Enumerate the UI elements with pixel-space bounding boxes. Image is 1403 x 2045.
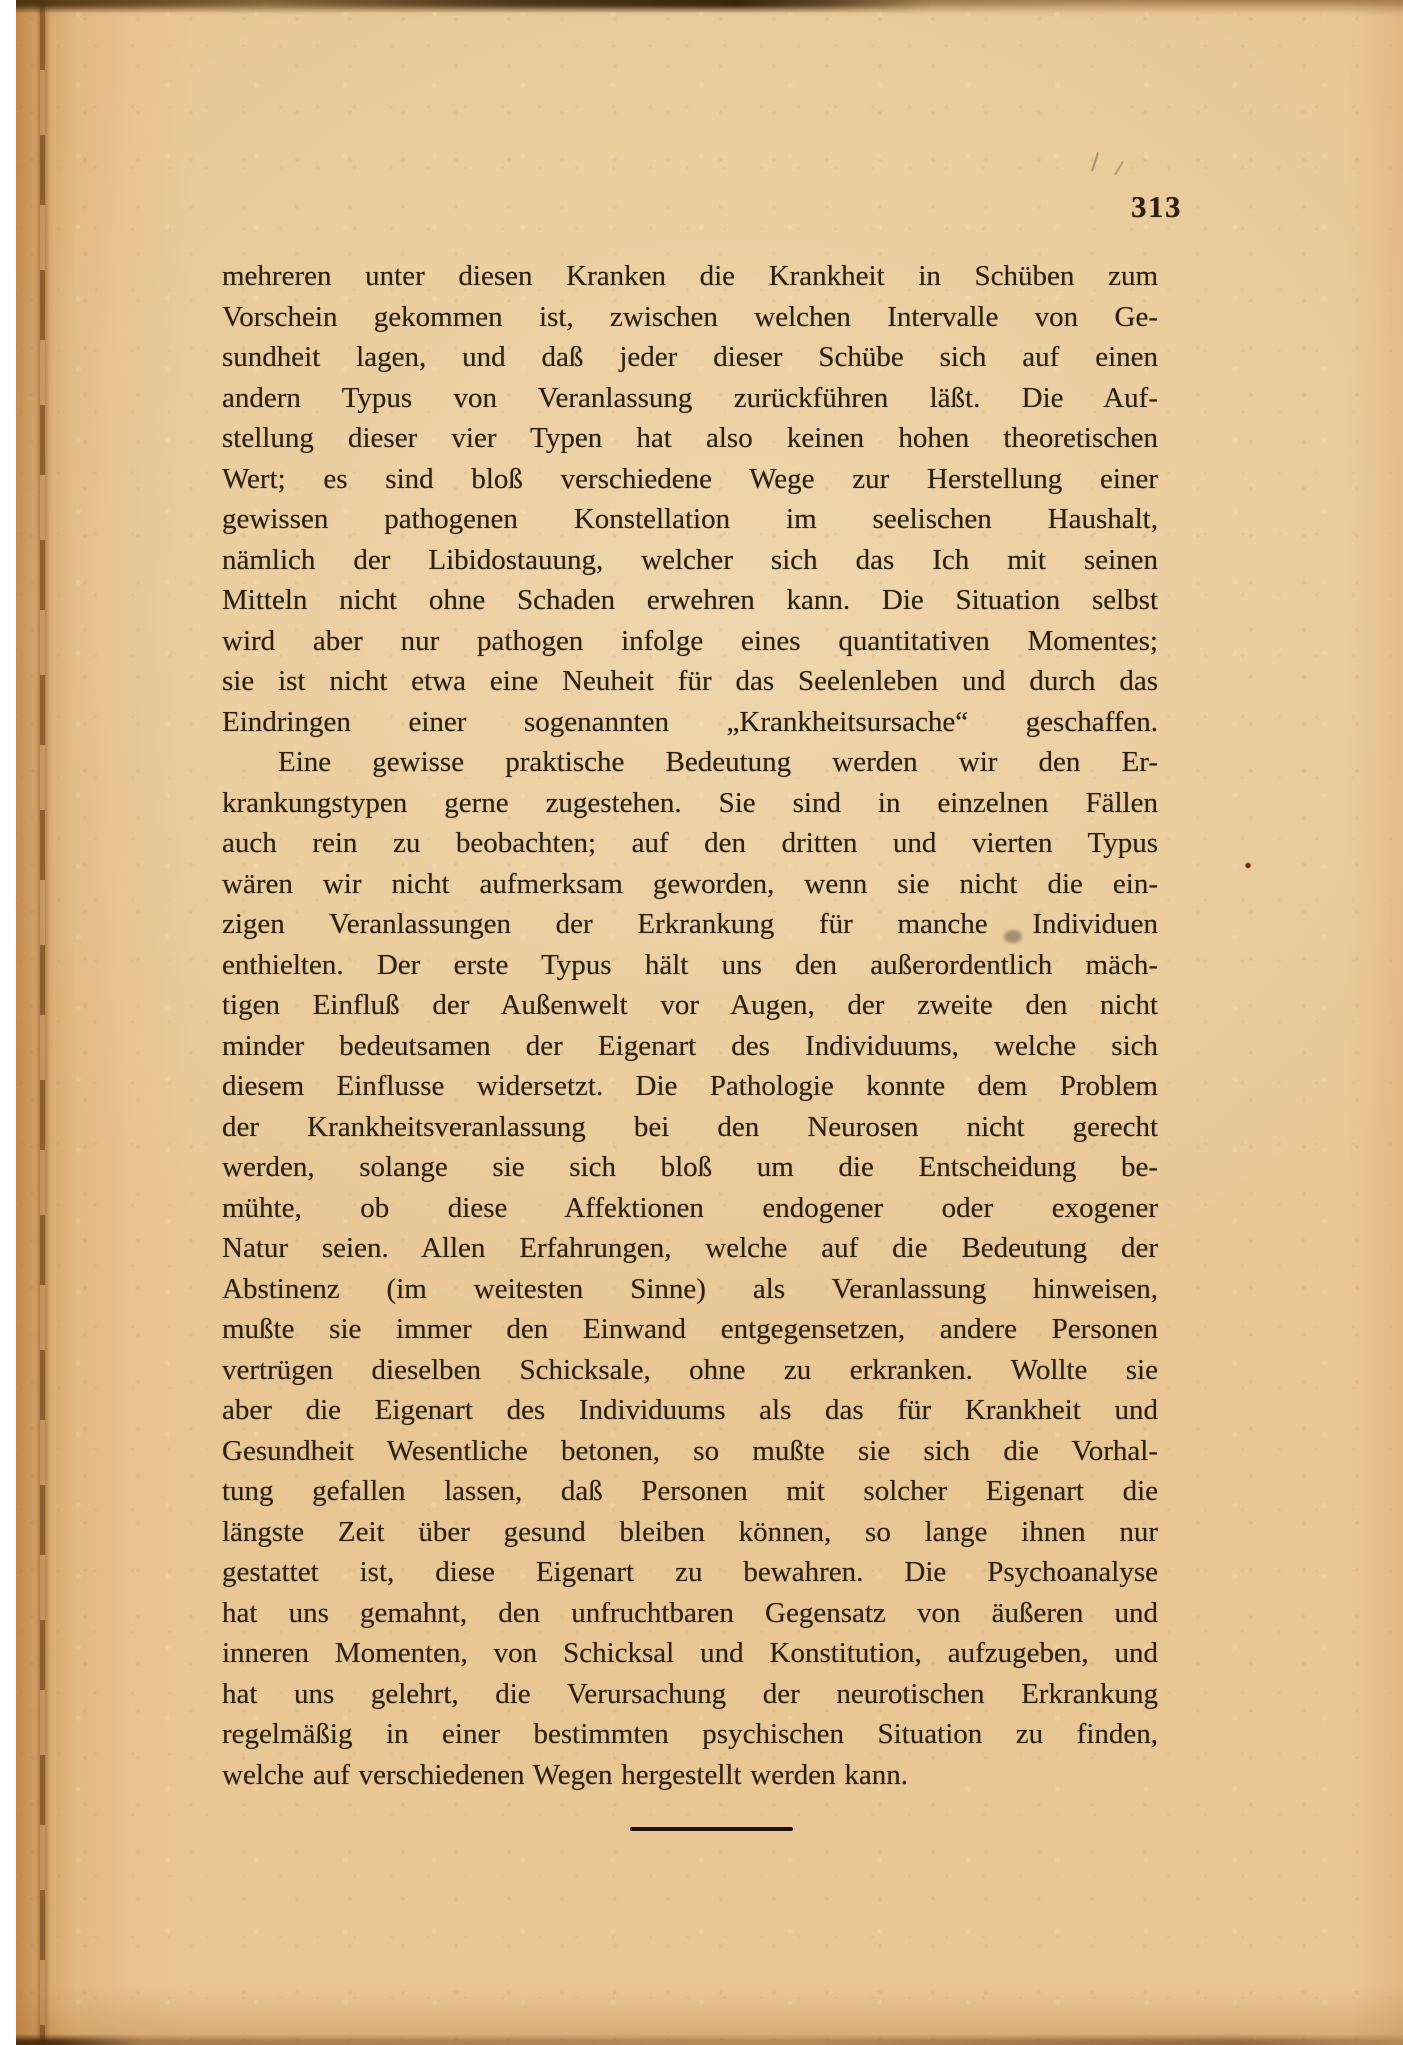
text-line: mehreren unter diesen Kranken die Krankh… (222, 256, 1158, 297)
text-line: mühte, ob diese Affektionen endogener od… (222, 1188, 1158, 1229)
text-line: tigen Einfluß der Außenwelt vor Augen, d… (222, 985, 1158, 1026)
text-line: welche auf verschiedenen Wegen hergestel… (222, 1755, 1158, 1796)
text-line: hat uns gemahnt, den unfruchtbaren Gegen… (222, 1593, 1158, 1634)
text-line: Eindringen einer sogenannten „Krankheits… (222, 702, 1158, 743)
text-line: minder bedeutsamen der Eigenart des Indi… (222, 1026, 1158, 1067)
text-block: mehreren unter diesen Kranken die Krankh… (222, 256, 1158, 1795)
text-line: wird aber nur pathogen infolge eines qua… (222, 621, 1158, 662)
text-line: werden, solange sie sich bloß um die Ent… (222, 1147, 1158, 1188)
section-separator-rule (630, 1827, 793, 1831)
pencil-mark (1114, 161, 1124, 176)
scan-background: 313 mehreren unter diesen Kranken die Kr… (0, 0, 1403, 2045)
binding-crease (40, 0, 45, 2045)
ink-speck (1245, 862, 1251, 869)
text-line: Natur seien. Allen Erfahrungen, welche a… (222, 1228, 1158, 1269)
text-line: Eine gewisse praktische Bedeutung werden… (222, 742, 1158, 783)
text-line: Mitteln nicht ohne Schaden erwehren kann… (222, 580, 1158, 621)
text-line: Gesundheit Wesentliche betonen, so mußte… (222, 1431, 1158, 1472)
text-line: gewissen pathogenen Konstellation im see… (222, 499, 1158, 540)
page-number: 313 (1131, 189, 1211, 225)
text-line: nämlich der Libidostauung, welcher sich … (222, 540, 1158, 581)
text-line: wären wir nicht aufmerksam geworden, wen… (222, 864, 1158, 905)
page-bottom-edge-shadow (16, 2034, 1403, 2045)
text-line: Wert; es sind bloß verschiedene Wege zur… (222, 459, 1158, 500)
text-line: aber die Eigenart des Individuums als da… (222, 1390, 1158, 1431)
text-line: tung gefallen lassen, daß Personen mit s… (222, 1471, 1158, 1512)
text-line: diesem Einflusse widersetzt. Die Patholo… (222, 1066, 1158, 1107)
text-line: der Krankheitsveranlassung bei den Neuro… (222, 1107, 1158, 1148)
text-line: hat uns gelehrt, die Verursachung der ne… (222, 1674, 1158, 1715)
text-line: auch rein zu beobachten; auf den dritten… (222, 823, 1158, 864)
text-line: längste Zeit über gesund bleiben können,… (222, 1512, 1158, 1553)
page-top-edge-shadow (16, 0, 1403, 13)
text-line: vertrügen dieselben Schicksale, ohne zu … (222, 1350, 1158, 1391)
text-line: inneren Momenten, von Schicksal und Kons… (222, 1633, 1158, 1674)
text-line: stellung dieser vier Typen hat also kein… (222, 418, 1158, 459)
text-line: regelmäßig in einer bestimmten psychisch… (222, 1714, 1158, 1755)
text-line: gestattet ist, diese Eigenart zu bewahre… (222, 1552, 1158, 1593)
smudge-mark (1004, 930, 1022, 943)
pencil-mark (1091, 152, 1099, 172)
text-line: sundheit lagen, und daß jeder dieser Sch… (222, 337, 1158, 378)
text-line: andern Typus von Veranlassung zurückführ… (222, 378, 1158, 419)
book-page: 313 mehreren unter diesen Kranken die Kr… (16, 0, 1403, 2045)
text-line: krankungstypen gerne zugestehen. Sie sin… (222, 783, 1158, 824)
text-line: Vorschein gekommen ist, zwischen welchen… (222, 297, 1158, 338)
text-line: enthielten. Der erste Typus hält uns den… (222, 945, 1158, 986)
text-line: mußte sie immer den Einwand entgegensetz… (222, 1309, 1158, 1350)
text-line: Abstinenz (im weitesten Sinne) als Veran… (222, 1269, 1158, 1310)
text-line: sie ist nicht etwa eine Neuheit für das … (222, 661, 1158, 702)
